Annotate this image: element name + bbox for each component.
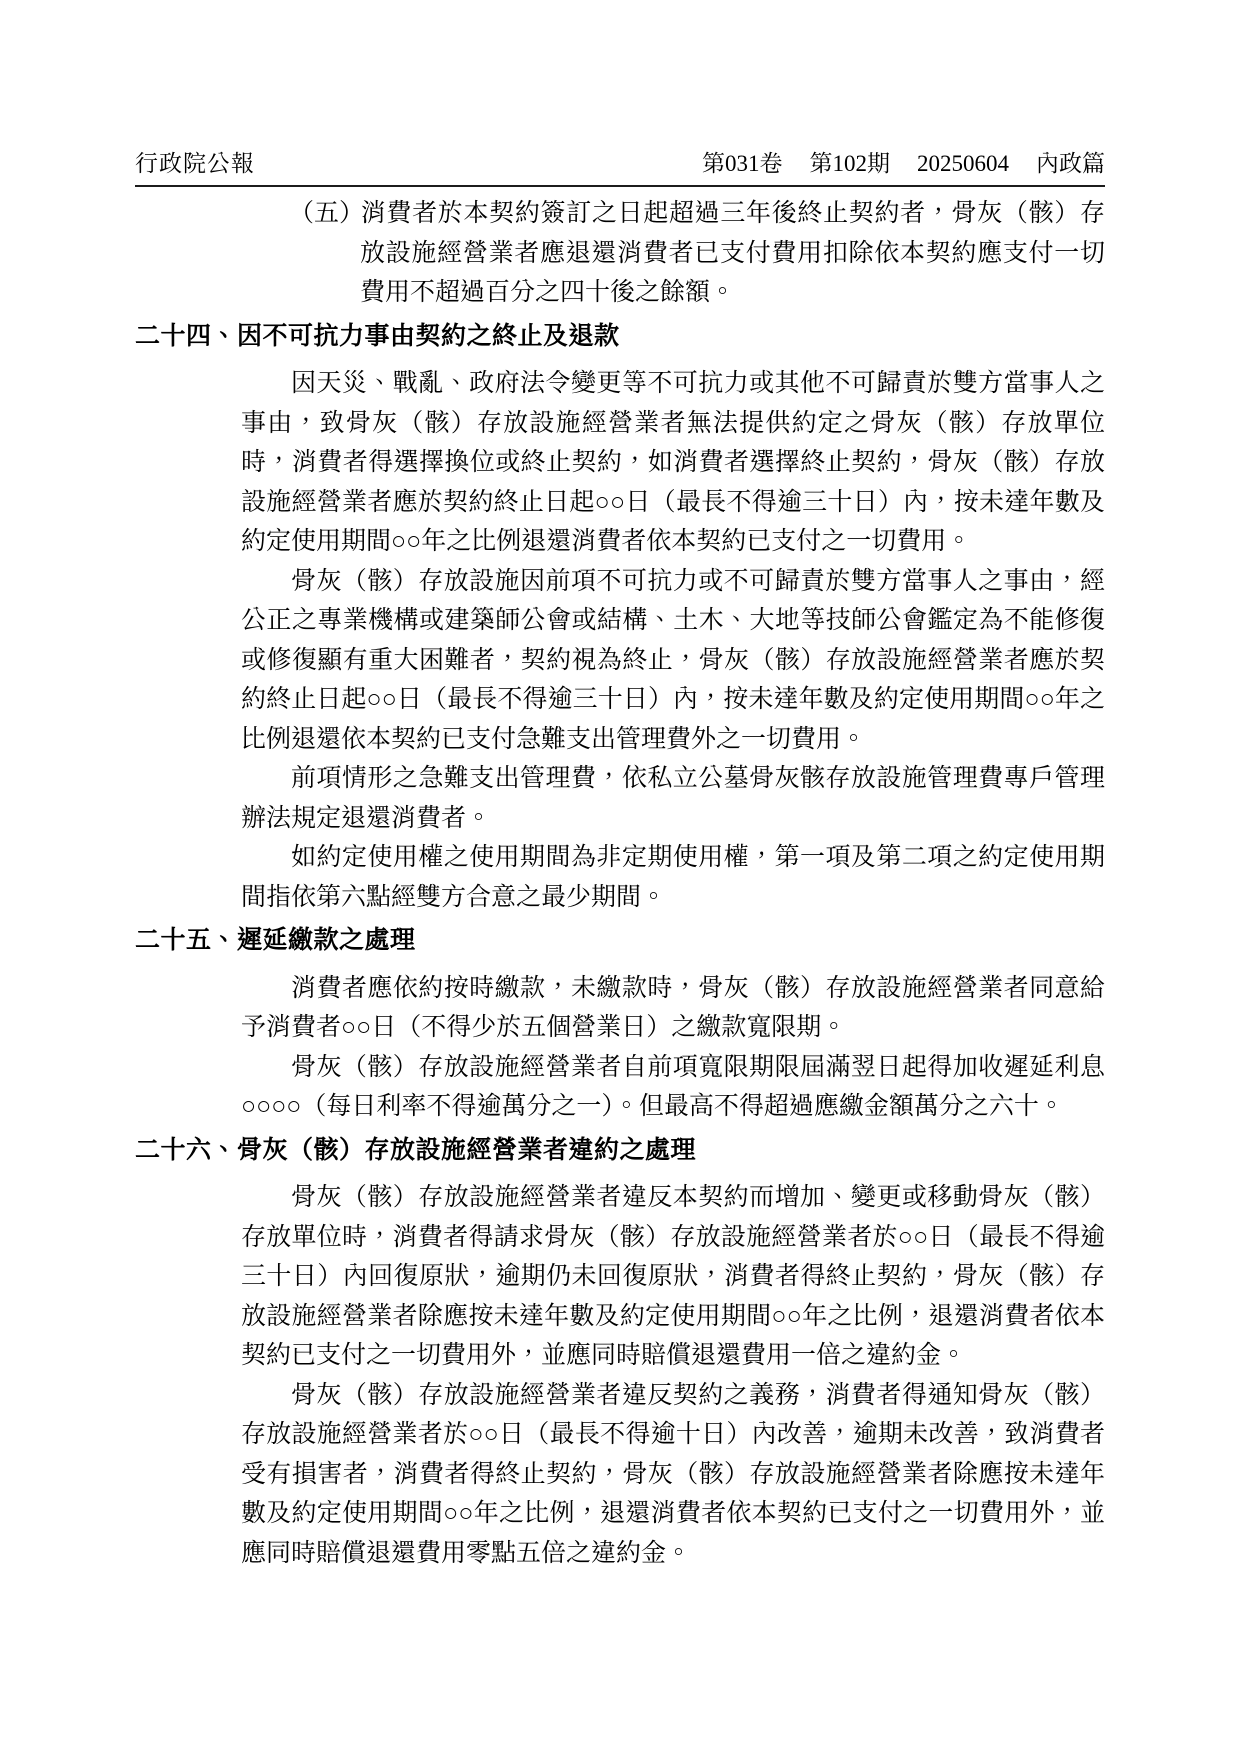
clause-25-paragraph-1: 消費者應依約按時繳款，未繳款時，骨灰（骸）存放設施經營業者同意給予消費者○○日（… [241, 969, 1105, 1048]
gazette-page: 行政院公報 第031卷 第102期 20250604 內政篇 （五）消費者於本契… [0, 0, 1240, 1755]
clause-24-paragraph-4: 如約定使用權之使用期間為非定期使用權，第一項及第二項之約定使用期間指依第六點經雙… [241, 838, 1105, 917]
date-label: 20250604 [917, 150, 1009, 178]
clause-26-heading: 二十六、骨灰（骸）存放設施經營業者違約之處理 [135, 1131, 1105, 1171]
list-item-five-text: 消費者於本契約簽訂之日起超過三年後終止契約者，骨灰（骸）存放設施經營業者應退還消… [360, 200, 1105, 306]
clause-24-paragraph-3: 前項情形之急難支出管理費，依私立公墓骨灰骸存放設施管理費專戶管理辦法規定退還消費… [241, 759, 1105, 838]
clause-25-paragraph-2: 骨灰（骸）存放設施經營業者自前項寬限期限屆滿翌日起得加收遲延利息○○○○（每日利… [241, 1048, 1105, 1127]
list-item-five: （五）消費者於本契約簽訂之日起超過三年後終止契約者，骨灰（骸）存放設施經營業者應… [289, 194, 1105, 313]
issue-label: 第102期 [810, 150, 891, 178]
category-label: 內政篇 [1036, 150, 1105, 178]
clause-26-paragraph-2: 骨灰（骸）存放設施經營業者違反契約之義務，消費者得通知骨灰（骸）存放設施經營業者… [241, 1376, 1105, 1574]
clause-24-paragraph-1: 因天災、戰亂、政府法令變更等不可抗力或其他不可歸責於雙方當事人之事由，致骨灰（骸… [241, 364, 1105, 562]
publication-title: 行政院公報 [135, 150, 255, 178]
volume-label: 第031卷 [702, 150, 783, 178]
clause-26-title: 骨灰（骸）存放設施經營業者違約之處理 [237, 1137, 696, 1164]
clause-24-number: 二十四、 [135, 323, 237, 350]
clause-25-number: 二十五、 [135, 927, 237, 954]
clause-26-paragraph-1: 骨灰（骸）存放設施經營業者違反本契約而增加、變更或移動骨灰（骸）存放單位時，消費… [241, 1178, 1105, 1376]
clause-25-title: 遲延繳款之處理 [237, 927, 416, 954]
list-item-five-label: （五） [289, 194, 360, 234]
clause-26-number: 二十六、 [135, 1137, 237, 1164]
header-divider [135, 185, 1105, 187]
clause-25-heading: 二十五、遲延繳款之處理 [135, 921, 1105, 961]
document-body: （五）消費者於本契約簽訂之日起超過三年後終止契約者，骨灰（骸）存放設施經營業者應… [135, 194, 1105, 1573]
clause-24-title: 因不可抗力事由契約之終止及退款 [237, 323, 620, 350]
page-header: 行政院公報 第031卷 第102期 20250604 內政篇 [135, 150, 1105, 178]
clause-24-heading: 二十四、因不可抗力事由契約之終止及退款 [135, 317, 1105, 357]
clause-24-paragraph-2: 骨灰（骸）存放設施因前項不可抗力或不可歸責於雙方當事人之事由，經公正之專業機構或… [241, 562, 1105, 760]
header-meta: 第031卷 第102期 20250604 內政篇 [702, 150, 1105, 178]
